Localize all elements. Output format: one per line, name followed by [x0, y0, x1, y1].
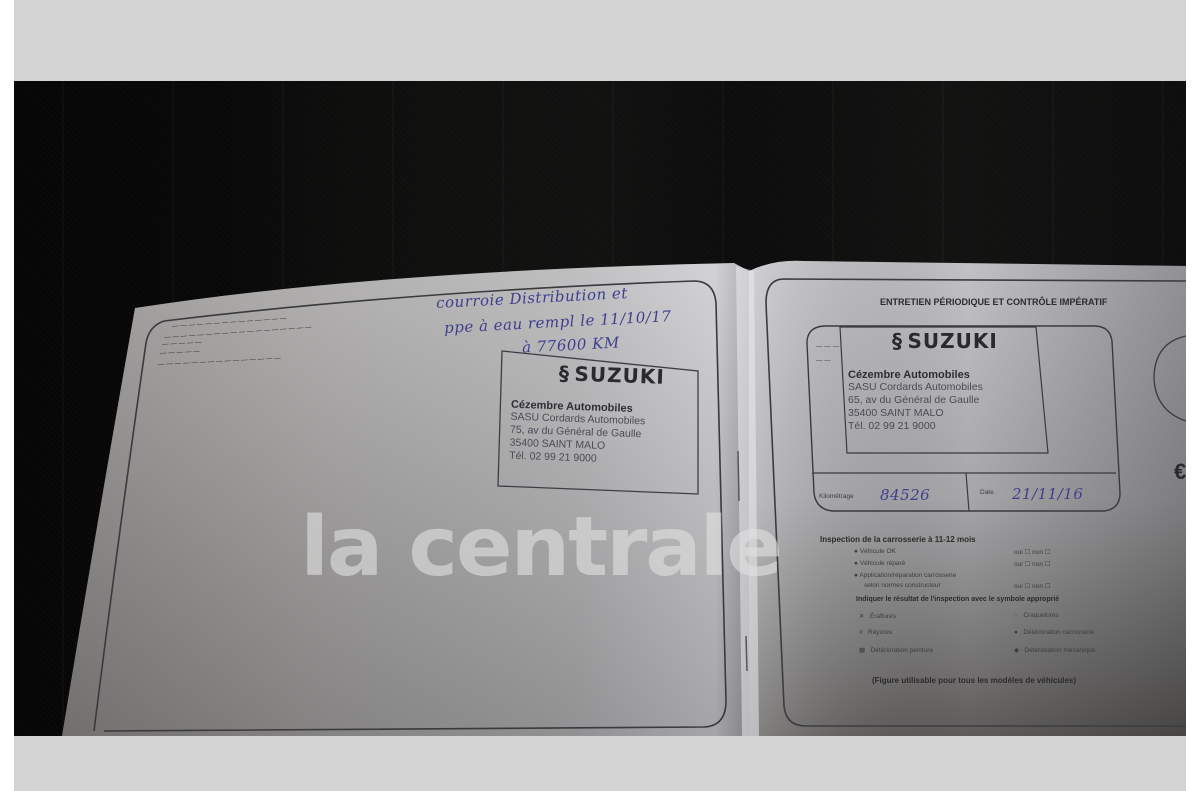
suzuki-logo-icon: § [559, 361, 571, 385]
legend-item: ✕ Éraflures [859, 612, 896, 620]
stamp-brand: SUZUKI [907, 329, 997, 353]
inspection-choice: oui ☐ non ☐ [1014, 548, 1051, 556]
legend-item: ○ Craquelures [1014, 612, 1059, 619]
stamp-brand: SUZUKI [574, 362, 665, 389]
legend-heading: Indiquer le résultat de l'inspection ave… [856, 596, 1059, 603]
inspection-item: selon normes constructeur [864, 582, 941, 589]
inspection-item: ● Véhicule OK [854, 548, 896, 555]
inspection-footer: (Figure utilisable pour tous les modèles… [872, 676, 1076, 685]
legend-item: ▦ Détérioration peinture [859, 646, 933, 654]
inspection-choice: oui ☐ non ☐ [1014, 582, 1051, 590]
legend-item: ● Détérioration carrosserie [1014, 629, 1095, 636]
stamp-address: 65, av du Général de Gaulle [848, 394, 983, 407]
watermark-logo: la centrale [300, 500, 781, 595]
page-marker-icon: € [1174, 459, 1186, 485]
stamp-phone: Tél. 02 99 21 9000 [848, 420, 983, 433]
dealer-stamp-right: § SUZUKI [892, 329, 998, 353]
listing-photo[interactable]: — — — — — — — — — — — — — — — — — — — — … [14, 81, 1186, 736]
dealer-stamp-left: § SUZUKI [559, 361, 666, 389]
inspection-item: ● Véhicule réparé [854, 560, 905, 567]
side-label: — — — [816, 343, 839, 350]
stamp-dealer-name: Cézembre Automobiles [848, 369, 983, 381]
stamp-address-block: Cézembre Automobiles SASU Cordards Autom… [509, 399, 646, 468]
inspection-item: ● Application/réparation carrosserie [854, 572, 956, 579]
date-value: 21/11/16 [1012, 485, 1083, 503]
stamp-address-block: Cézembre Automobiles SASU Cordards Autom… [848, 369, 983, 433]
legend-item: ◆ Détérioration mécanique [1014, 646, 1095, 654]
stamp-city: 35400 SAINT MALO [848, 407, 983, 420]
suzuki-logo-icon: § [892, 329, 903, 353]
page-title: ENTRETIEN PÉRIODIQUE ET CONTRÔLE IMPÉRAT… [880, 297, 1107, 307]
side-label: — — [816, 357, 831, 364]
date-label: Date [980, 489, 994, 496]
inspection-heading: Inspection de la carrosserie à 11-12 moi… [820, 535, 976, 544]
legend-item: # Rayures [859, 629, 892, 636]
stamp-company: SASU Cordards Automobiles [848, 381, 983, 394]
mileage-value: 84526 [880, 486, 930, 504]
inspection-choice: oui ☐ non ☐ [1014, 560, 1051, 568]
mileage-label: Kilométrage [819, 493, 854, 500]
